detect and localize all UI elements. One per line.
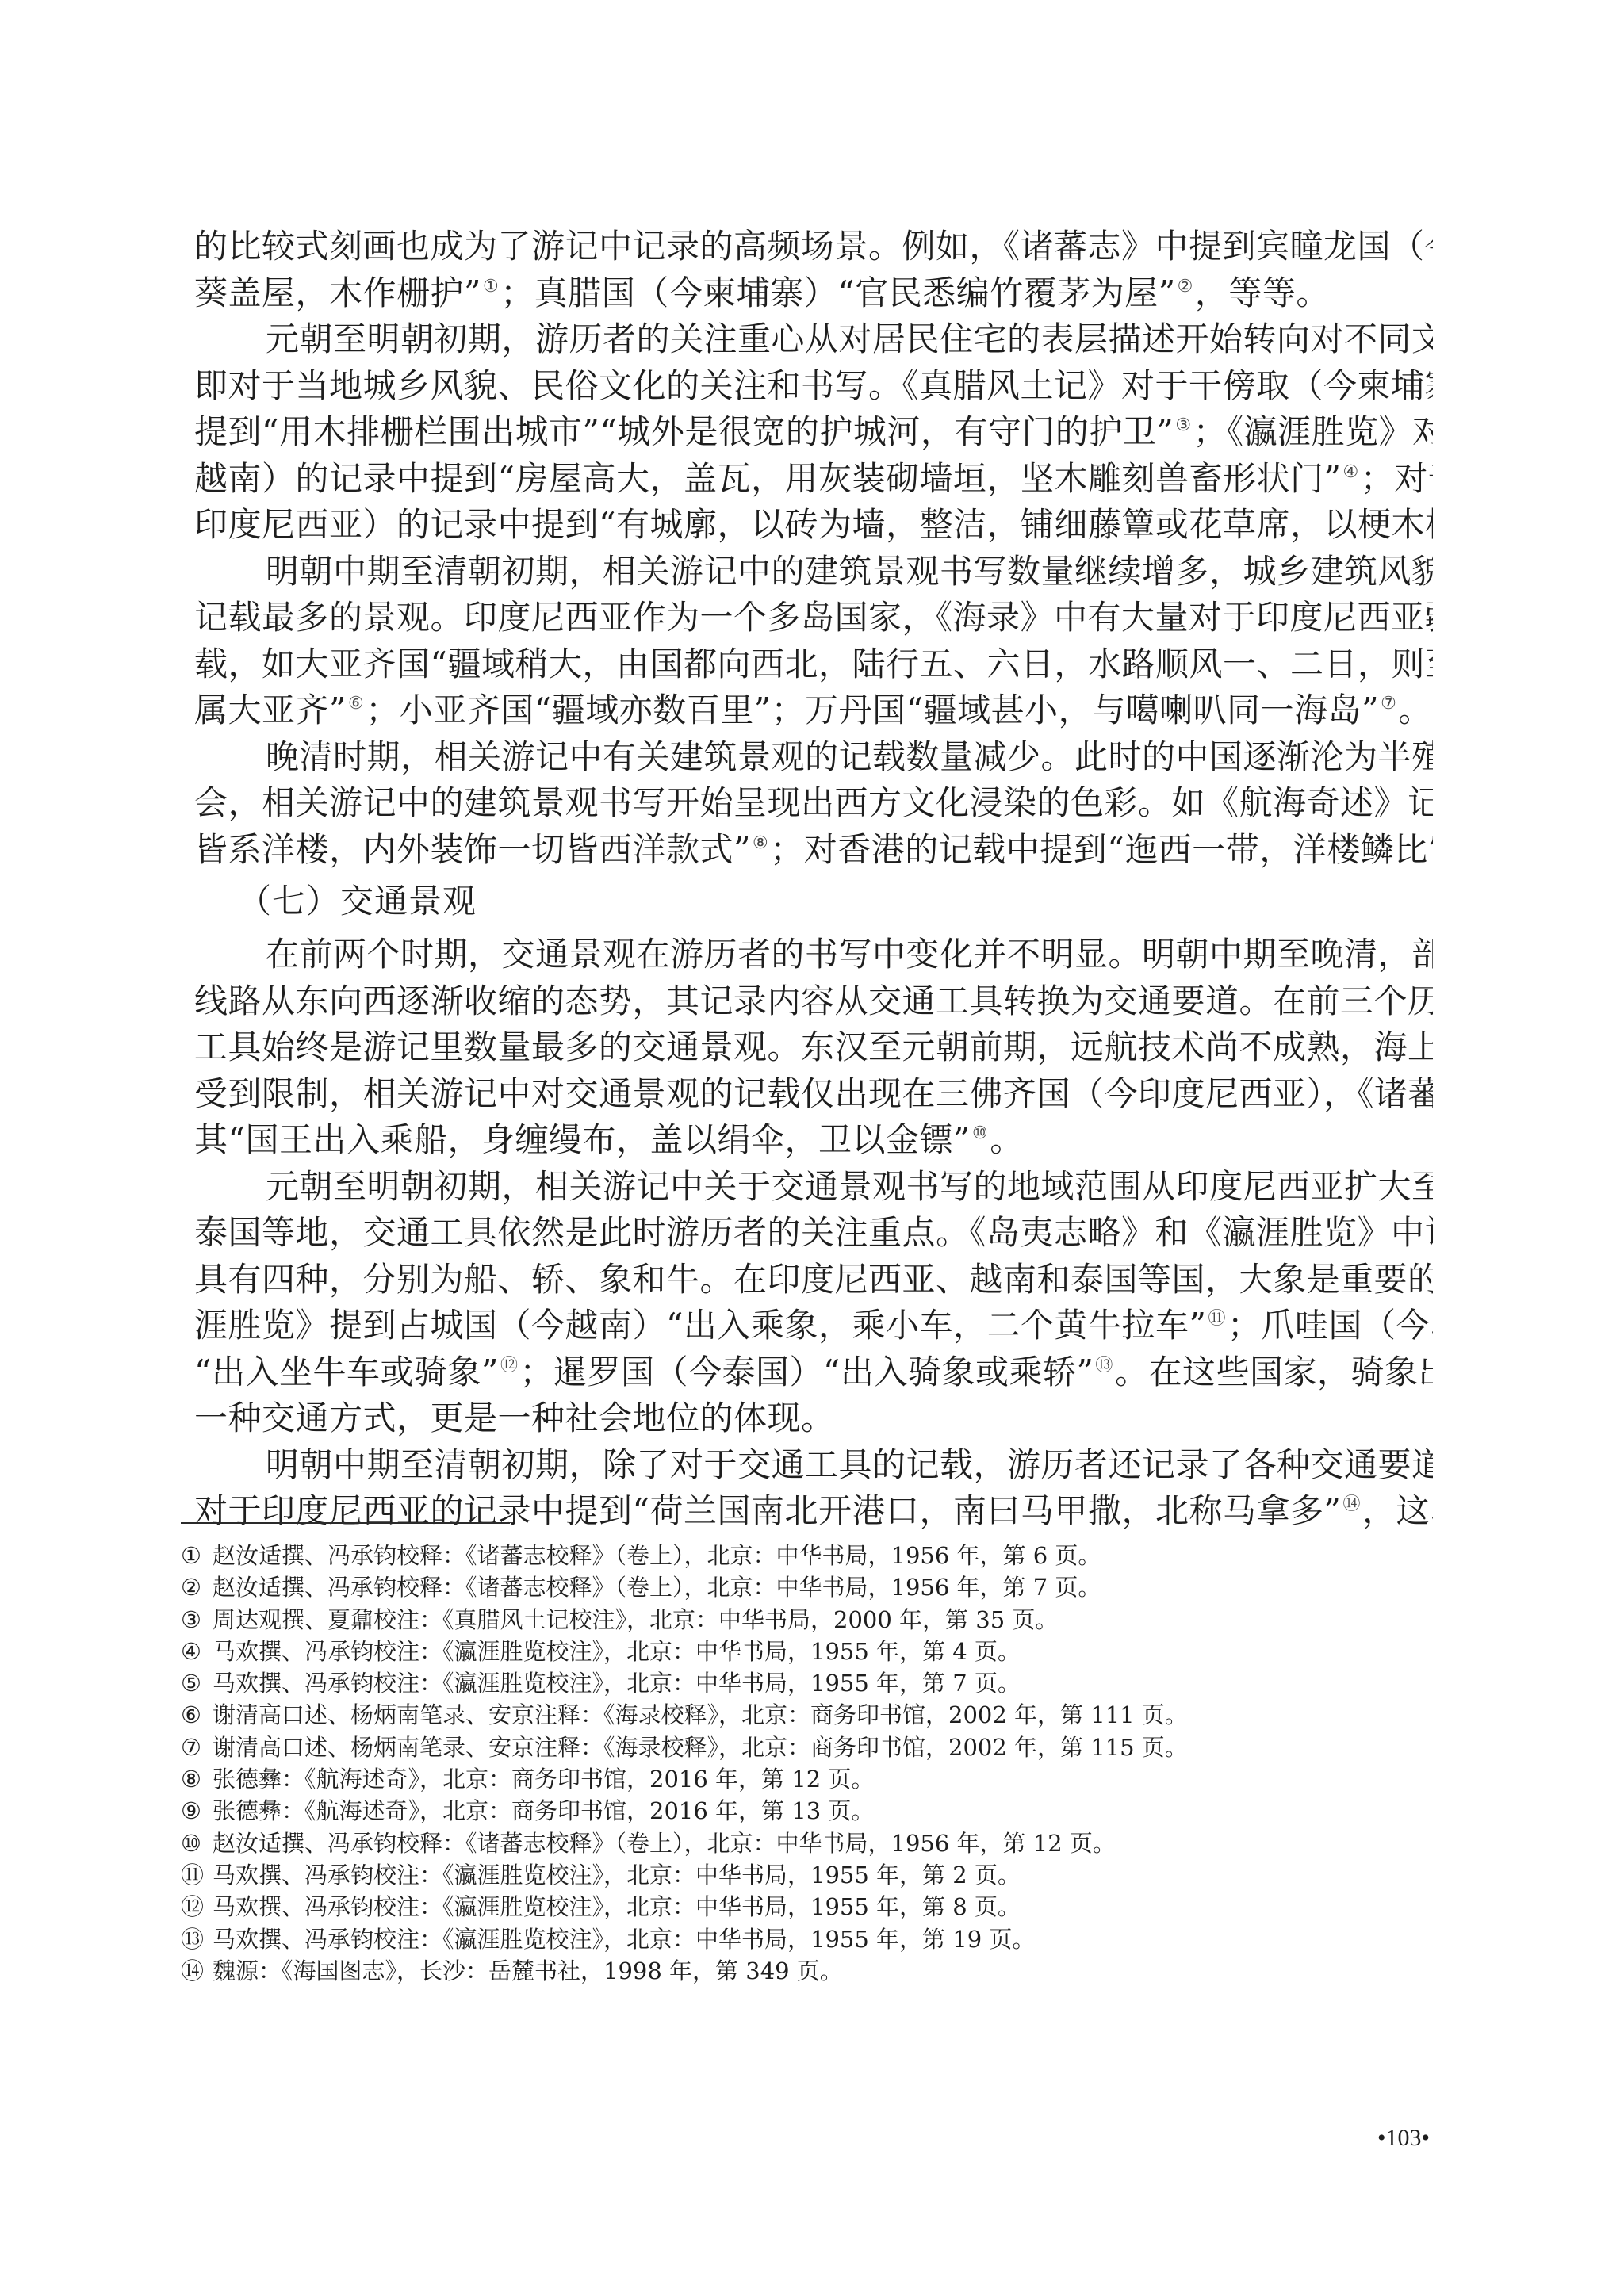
text-line: 晚清时期，相关游记中有关建筑景观的记载数量减少。此时的中国逐渐沦为半殖民地半封建… [194,734,1433,781]
footnote-text: 魏源：《海国图志》，长沙：岳麓书社，1998 年，第 349 页。 [213,1955,843,1987]
footnote-item: ⑨张德彝：《航海述奇》，北京：商务印书馆，2016 年，第 13 页。 [181,1795,1434,1827]
text-segment: 属大亚齐” [194,691,347,729]
page-number: •103• [1377,2125,1430,2152]
text-segment: 工具始终是游记里数量最多的交通景观。东汉至元朝前期，远航技术尚不成熟，海上交通的… [194,1027,1433,1066]
text-segment: 越南）的记录中提到“房屋高大，盖瓦，用灰装砌墙垣，坚木雕刻兽畜形状门” [194,459,1341,498]
text-segment: 明朝中期至清朝初期，除了对于交通工具的记载，游历者还记录了各种交通要道。《海国图… [266,1445,1433,1484]
text-segment: 晚清时期，相关游记中有关建筑景观的记载数量减少。此时的中国逐渐沦为半殖民地半封建… [266,737,1433,776]
text-line: 其“国王出入乘船，身缠缦布，盖以绢伞，卫以金镖”⑩。 [194,1117,1433,1164]
footnote-number: ④ [181,1636,213,1667]
text-segment: 载，如大亚齐国“疆域稍大，由国都向西北，陆行五、六日，水路顺风一、二日，则至山尽… [194,645,1433,683]
footnote-item: ⑧张德彝：《航海述奇》，北京：商务印书馆，2016 年，第 12 页。 [181,1763,1434,1795]
text-line: 会，相关游记中的建筑景观书写开始呈现出西方文化浸染的色彩。如《航海奇述》记载上海… [194,780,1433,827]
footnote-marker[interactable]: ⑬ [1095,1356,1113,1376]
text-segment: ，这印证了当时 [1362,1491,1433,1530]
text-segment: 葵盖屋，木作栅护” [194,274,481,312]
text-line: 元朝至明朝初期，相关游记中关于交通景观书写的地域范围从印度尼西亚扩大至新加坡、越… [194,1164,1433,1211]
text-segment: 元朝至明朝初期，游历者的关注重心从对居民住宅的表层描述开始转向对不同文化的深层书… [266,320,1433,358]
footnote-item: ⑫马欢撰、冯承钧校注：《瀛涯胜览校注》，北京：中华书局，1955 年，第 8 页… [181,1891,1434,1923]
text-line: 涯胜览》提到占城国（今越南）“出入乘象，乘小车，二个黄牛拉车”⑪；爪哇国（今印度… [194,1303,1433,1349]
footnote-text: 赵汝适撰、冯承钧校释：《诸蕃志校释》（卷上），北京：中华书局，1956 年，第 … [213,1827,1116,1859]
text-line: 记载最多的景观。印度尼西亚作为一个多岛国家，《海录》中有大量对于印度尼西亚疆域范… [194,595,1433,641]
text-segment: 的比较式刻画也成为了游记中记录的高频场景。例如，《诸蕃志》中提到宾瞳龙国（今越南… [194,227,1433,266]
footnote-item: ⑭魏源：《海国图志》，长沙：岳麓书社，1998 年，第 349 页。 [181,1955,1434,1987]
footnote-number: ⑭ [181,1955,213,1987]
text-line: 元朝至明朝初期，游历者的关注重心从对居民住宅的表层描述开始转向对不同文化的深层书… [194,316,1433,363]
body-text: 的比较式刻画也成为了游记中记录的高频场景。例如，《诸蕃志》中提到宾瞳龙国（今越南… [194,224,1433,1535]
text-segment: 提到“用木排栅栏围出城市”“城外是很宽的护城河，有守门的护卫” [194,412,1174,451]
footnote-divider [181,1522,510,1524]
footnotes: ①赵汝适撰、冯承钧校释：《诸蕃志校释》（卷上），北京：中华书局，1956 年，第… [181,1540,1434,1987]
text-line: “出入坐牛车或骑象”⑫；暹罗国（今泰国）“出入骑象或乘轿”⑬。在这些国家，骑象出… [194,1349,1433,1396]
footnote-number: ② [181,1571,213,1603]
footnote-number: ⑤ [181,1667,213,1699]
footnote-text: 马欢撰、冯承钧校注：《瀛涯胜览校注》，北京：中华书局，1955 年，第 19 页… [213,1923,1035,1955]
text-line: 属大亚齐”⑥；小亚齐国“疆域亦数百里”；万丹国“疆域甚小，与噶喇叭同一海岛”⑦。 [194,687,1433,734]
text-segment: ；爪哇国（今印度尼西亚） [1228,1306,1433,1345]
section-heading: （七）交通景观 [194,876,1433,927]
footnote-marker[interactable]: ③ [1175,415,1191,435]
text-segment: 其“国王出入乘船，身缠缦布，盖以绢伞，卫以金镖” [194,1120,971,1159]
footnote-text: 马欢撰、冯承钧校注：《瀛涯胜览校注》，北京：中华书局，1955 年，第 8 页。 [213,1891,1021,1923]
footnote-number: ⑦ [181,1732,213,1763]
text-line: 泰国等地，交通工具依然是此时游历者的关注重点。《岛夷志略》和《瀛涯胜览》中记载的… [194,1210,1433,1257]
footnote-text: 张德彝：《航海述奇》，北京：商务印书馆，2016 年，第 13 页。 [213,1795,874,1827]
text-line: 受到限制，相关游记中对交通景观的记载仅出现在三佛齐国（今印度尼西亚），《诸蕃志》… [194,1071,1433,1118]
text-line: 具有四种，分别为船、轿、象和牛。在印度尼西亚、越南和泰国等国，大象是重要的交通工… [194,1257,1433,1303]
text-line: 线路从东向西逐渐收缩的态势，其记录内容从交通工具转换为交通要道。在前三个历史时期… [194,978,1433,1025]
text-segment: 皆系洋楼，内外装饰一切皆西洋款式” [194,830,751,869]
text-line: 在前两个时期，交通景观在游历者的书写中变化并不明显。明朝中期至晚清，部分游记呈现… [194,932,1433,978]
text-segment: 。 [1398,691,1432,729]
footnote-number: ⑥ [181,1699,213,1731]
text-segment: “出入坐牛车或骑象” [194,1353,499,1391]
text-line: 皆系洋楼，内外装饰一切皆西洋款式”⑧；对香港的记载中提到“迤西一带，洋楼鳞比”⑨… [194,827,1433,874]
text-segment: 线路从东向西逐渐收缩的态势，其记录内容从交通工具转换为交通要道。在前三个历史时期… [194,982,1433,1020]
text-segment: 在前两个时期，交通景观在游历者的书写中变化并不明显。明朝中期至晚清，部分游记呈现… [266,935,1433,974]
text-segment: ；小亚齐国“疆域亦数百里”；万丹国“疆域甚小，与噶喇叭同一海岛” [366,691,1379,729]
footnote-item: ⑩赵汝适撰、冯承钧校释：《诸蕃志校释》（卷上），北京：中华书局，1956 年，第… [181,1827,1434,1859]
text-line: 的比较式刻画也成为了游记中记录的高频场景。例如，《诸蕃志》中提到宾瞳龙国（今越南… [194,224,1433,270]
footnote-marker[interactable]: ⑥ [348,694,364,714]
text-segment: 记载最多的景观。印度尼西亚作为一个多岛国家，《海录》中有大量对于印度尼西亚疆域范… [194,598,1433,637]
footnote-item: ④马欢撰、冯承钧校注：《瀛涯胜览校注》，北京：中华书局，1955 年，第 4 页… [181,1636,1434,1667]
footnote-marker[interactable]: ⑪ [1208,1309,1226,1329]
text-segment: 印度尼西亚）的记录中提到“有城廓，以砖为墙，整洁，铺细藤簟或花草席，以梗木板为瓦… [194,505,1433,544]
footnote-item: ⑤马欢撰、冯承钧校注：《瀛涯胜览校注》，北京：中华书局，1955 年，第 7 页… [181,1667,1434,1699]
text-segment: ；真腊国（今柬埔寨）“官民悉编竹覆茅为屋” [500,274,1175,312]
text-segment: ；对香港的记载中提到“迤西一带，洋楼鳞比” [770,830,1433,869]
text-segment: 。在这些国家，骑象出行不仅是 [1115,1353,1433,1391]
text-line: 越南）的记录中提到“房屋高大，盖瓦，用灰装砌墙垣，坚木雕刻兽畜形状门”④；对于爪… [194,456,1433,503]
text-segment: 受到限制，相关游记中对交通景观的记载仅出现在三佛齐国（今印度尼西亚），《诸蕃志》… [194,1074,1433,1113]
text-line: 提到“用木排栅栏围出城市”“城外是很宽的护城河，有守门的护卫”③；《瀛涯胜览》对… [194,409,1433,456]
footnote-number: ⑩ [181,1827,213,1859]
footnote-text: 谢清高口述、杨炳南笔录、安京注释：《海录校释》，北京：商务印书馆，2002 年，… [213,1699,1188,1731]
text-line: 明朝中期至清朝初期，相关游记中的建筑景观书写数量继续增多，城乡建筑风貌依然是游历… [194,549,1433,595]
footnote-marker[interactable]: ⑫ [500,1356,519,1376]
text-line: 载，如大亚齐国“疆域稍大，由国都向西北，陆行五、六日，水路顺风一、二日，则至山尽… [194,641,1433,688]
text-line: 一种交通方式，更是一种社会地位的体现。 [194,1395,1433,1442]
footnote-item: ⑦谢清高口述、杨炳南笔录、安京注释：《海录校释》，北京：商务印书馆，2002 年… [181,1732,1434,1763]
text-line: 即对于当地城乡风貌、民俗文化的关注和书写。《真腊风土记》对于干傍取（今柬埔寨）的… [194,363,1433,410]
footnote-number: ③ [181,1604,213,1636]
footnote-text: 马欢撰、冯承钧校注：《瀛涯胜览校注》，北京：中华书局，1955 年，第 2 页。 [213,1859,1021,1891]
text-segment: 涯胜览》提到占城国（今越南）“出入乘象，乘小车，二个黄牛拉车” [194,1306,1206,1345]
footnote-text: 赵汝适撰、冯承钧校释：《诸蕃志校释》（卷上），北京：中华书局，1956 年，第 … [213,1571,1101,1603]
footnote-marker[interactable]: ① [483,277,499,297]
text-line: 印度尼西亚）的记录中提到“有城廓，以砖为墙，整洁，铺细藤簟或花草席，以梗木板为瓦… [194,502,1433,549]
footnote-item: ⑬马欢撰、冯承钧校注：《瀛涯胜览校注》，北京：中华书局，1955 年，第 19 … [181,1923,1434,1955]
footnote-marker[interactable]: ⑧ [753,833,768,853]
footnote-item: ③周达观撰、夏鼐校注：《真腊风土记校注》，北京：中华书局，2000 年，第 35… [181,1604,1434,1636]
footnote-text: 马欢撰、冯承钧校注：《瀛涯胜览校注》，北京：中华书局，1955 年，第 4 页。 [213,1636,1021,1667]
text-segment: 即对于当地城乡风貌、民俗文化的关注和书写。《真腊风土记》对于干傍取（今柬埔寨）的… [194,366,1433,405]
paragraphs-transport: 在前两个时期，交通景观在游历者的书写中变化并不明显。明朝中期至晚清，部分游记呈现… [194,932,1433,1535]
text-segment: 泰国等地，交通工具依然是此时游历者的关注重点。《岛夷志略》和《瀛涯胜览》中记载的… [194,1213,1433,1252]
footnote-text: 张德彝：《航海述奇》，北京：商务印书馆，2016 年，第 12 页。 [213,1763,874,1795]
footnote-text: 赵汝适撰、冯承钧校释：《诸蕃志校释》（卷上），北京：中华书局，1956 年，第 … [213,1540,1101,1571]
footnote-number: ⑨ [181,1795,213,1827]
text-line: 葵盖屋，木作栅护”①；真腊国（今柬埔寨）“官民悉编竹覆茅为屋”②，等等。 [194,270,1433,317]
text-line: 工具始终是游记里数量最多的交通景观。东汉至元朝前期，远航技术尚不成熟，海上交通的… [194,1024,1433,1071]
text-segment: 对于印度尼西亚的记录中提到“荷兰国南北开港口，南曰马甲撒，北称马拿多” [194,1491,1341,1530]
footnote-text: 马欢撰、冯承钧校注：《瀛涯胜览校注》，北京：中华书局，1955 年，第 7 页。 [213,1667,1021,1699]
text-segment: ；暹罗国（今泰国）“出入骑象或乘轿” [519,1353,1094,1391]
footnote-number: ⑫ [181,1891,213,1923]
text-segment: 一种交通方式，更是一种社会地位的体现。 [194,1399,835,1437]
footnote-item: ①赵汝适撰、冯承钧校释：《诸蕃志校释》（卷上），北京：中华书局，1956 年，第… [181,1540,1434,1571]
footnote-marker[interactable]: ⑦ [1381,694,1396,714]
text-segment: 具有四种，分别为船、轿、象和牛。在印度尼西亚、越南和泰国等国，大象是重要的交通工… [194,1260,1433,1299]
footnote-number: ⑧ [181,1763,213,1795]
footnote-text: 谢清高口述、杨炳南笔录、安京注释：《海录校释》，北京：商务印书馆，2002 年，… [213,1732,1188,1763]
footnote-item: ⑪马欢撰、冯承钧校注：《瀛涯胜览校注》，北京：中华书局，1955 年，第 2 页… [181,1859,1434,1891]
text-segment: 。 [990,1120,1024,1159]
footnote-number: ⑪ [181,1859,213,1891]
text-segment: ；对于爪哇国（今 [1361,459,1433,498]
text-segment: 明朝中期至清朝初期，相关游记中的建筑景观书写数量继续增多，城乡建筑风貌依然是游历… [266,552,1433,591]
paragraphs-architecture: 的比较式刻画也成为了游记中记录的高频场景。例如，《诸蕃志》中提到宾瞳龙国（今越南… [194,224,1433,873]
footnote-number: ① [181,1540,213,1571]
footnote-marker[interactable]: ④ [1342,462,1358,482]
text-segment: 元朝至明朝初期，相关游记中关于交通景观书写的地域范围从印度尼西亚扩大至新加坡、越… [266,1167,1433,1206]
text-segment: ；《瀛涯胜览》对于占城国（今 [1193,412,1433,451]
footnote-marker[interactable]: ② [1178,277,1193,297]
text-line: 对于印度尼西亚的记录中提到“荷兰国南北开港口，南曰马甲撒，北称马拿多”⑭，这印证… [194,1488,1433,1535]
footnote-item: ⑥谢清高口述、杨炳南笔录、安京注释：《海录校释》，北京：商务印书馆，2002 年… [181,1699,1434,1731]
footnote-text: 周达观撰、夏鼐校注：《真腊风土记校注》，北京：中华书局，2000 年，第 35 … [213,1604,1058,1636]
text-line: 明朝中期至清朝初期，除了对于交通工具的记载，游历者还记录了各种交通要道。《海国图… [194,1442,1433,1489]
text-segment: ，等等。 [1195,274,1330,312]
text-segment: 会，相关游记中的建筑景观书写开始呈现出西方文化浸染的色彩。如《航海奇述》记载上海… [194,783,1433,822]
footnote-item: ②赵汝适撰、冯承钧校释：《诸蕃志校释》（卷上），北京：中华书局，1956 年，第… [181,1571,1434,1603]
footnote-marker[interactable]: ⑭ [1342,1494,1361,1514]
footnote-marker[interactable]: ⑩ [972,1123,988,1143]
footnote-number: ⑬ [181,1923,213,1955]
